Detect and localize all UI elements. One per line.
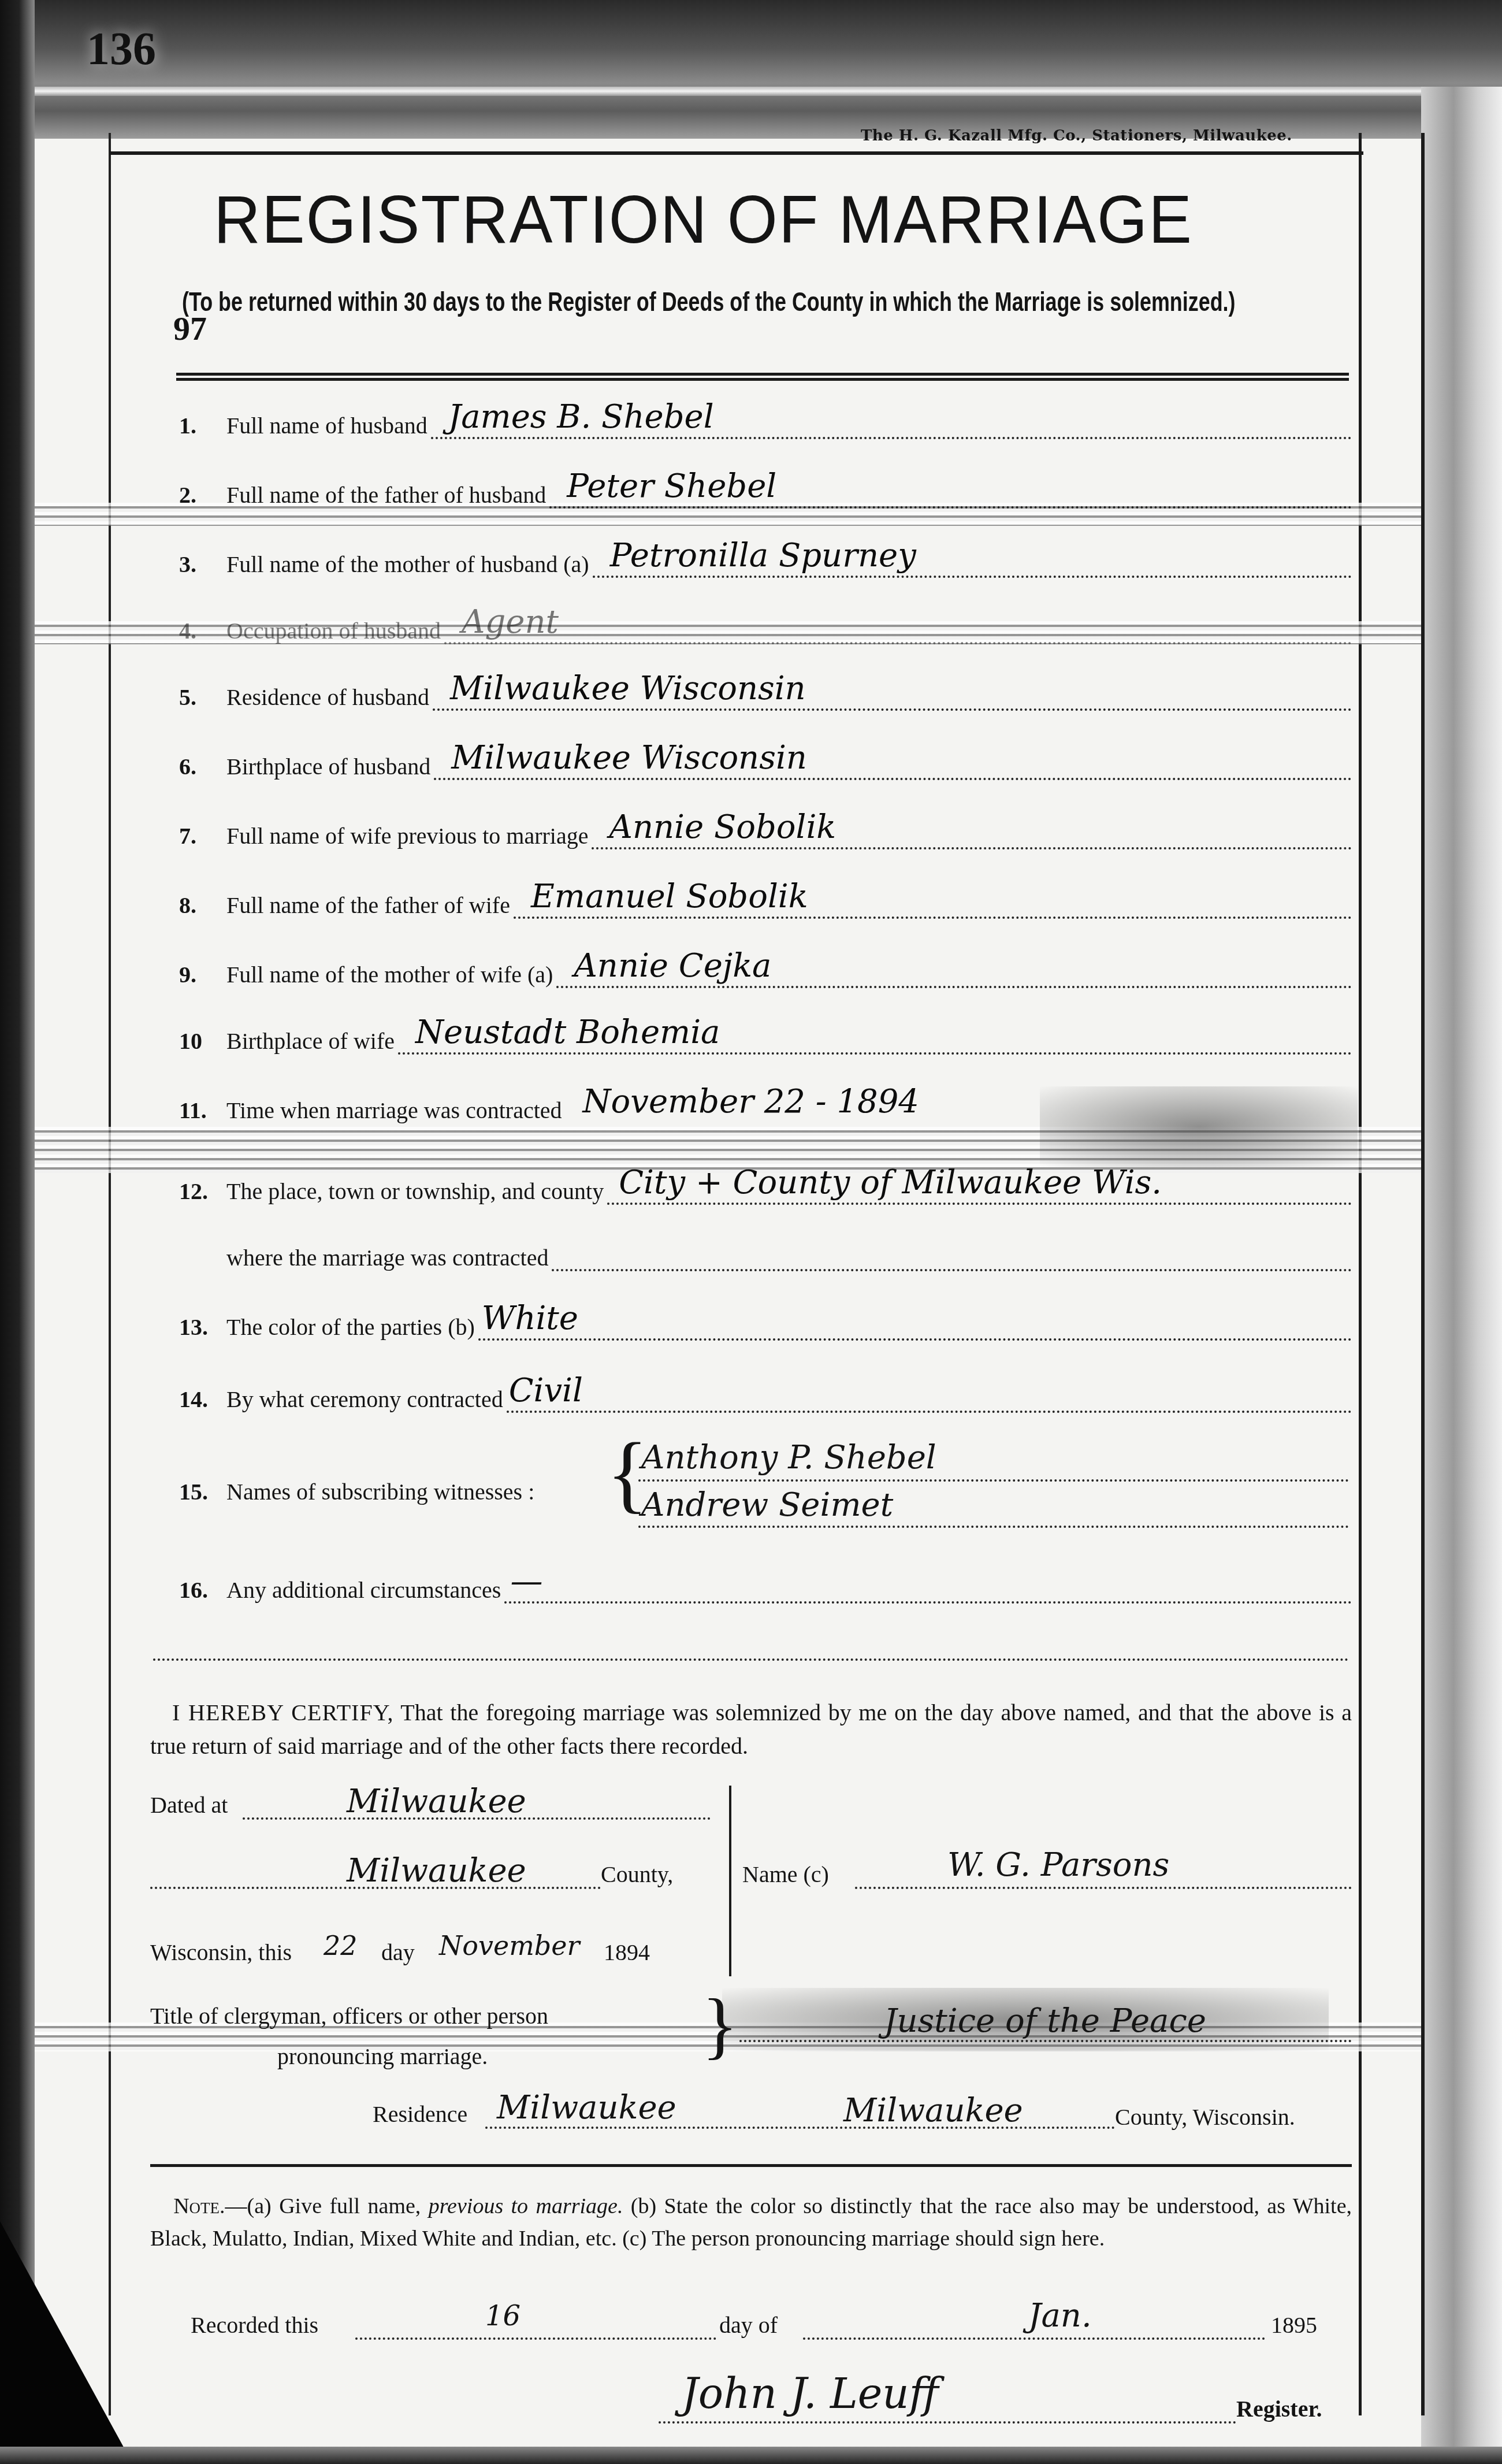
document-title: REGISTRATION OF MARRIAGE (214, 180, 1193, 258)
footnote: Note.—(a) Give full name, previous to ma… (150, 2190, 1352, 2255)
dated-at-label: Dated at (150, 1791, 228, 1819)
field-wife-birthplace: 10 Birthplace of wife Neustadt Bohemia (179, 1020, 1352, 1055)
field-color-parties: 13. The color of the parties (b) White (179, 1306, 1352, 1341)
left-border-rule (109, 133, 111, 2415)
title-label-line1: Title of clergyman, officers or other pe… (150, 2002, 548, 2029)
brace: } (702, 1988, 738, 2063)
field-husband-mother: 3. Full name of the mother of husband (a… (179, 543, 1352, 578)
field-wife-maiden-name: 7. Full name of wife previous to marriag… (179, 815, 1352, 849)
field-husband-birthplace: 6. Birthplace of husband Milwaukee Wisco… (179, 745, 1352, 780)
officiant-residence-county: Milwaukee (843, 2092, 1023, 2129)
page-number: 136 (87, 23, 156, 76)
field-ceremony: 14. By what ceremony contracted Civil (179, 1378, 1352, 1413)
field-wife-mother: 9. Full name of the mother of wife (a) A… (179, 953, 1352, 988)
year-value: 1894 (604, 1939, 650, 1966)
title-label-line2: pronouncing marriage. (277, 2043, 488, 2070)
field-husband-father: 2. Full name of the father of husband Pe… (179, 474, 1352, 509)
title-double-rule (176, 373, 1349, 381)
field-husband-occupation: 4. Occupation of husband Agent (179, 610, 1352, 644)
register-label: Register. (1236, 2395, 1322, 2422)
scan-top-band (0, 0, 1502, 139)
certification-text: I HEREBY CERTIFY, That the foregoing mar… (150, 1696, 1352, 1763)
officiant-name-value: W. G. Parsons (947, 1846, 1169, 1884)
right-scan-edge (1421, 87, 1502, 2464)
signature-divider (729, 1786, 731, 1976)
marriage-place-cont-field[interactable] (552, 1241, 1352, 1271)
note-divider (150, 2164, 1352, 2167)
document-subtitle: (To be returned within 30 days to the Re… (182, 286, 1235, 317)
officiant-name-field[interactable] (855, 1887, 1352, 1889)
husband-name-field[interactable]: James B. Shebel (431, 409, 1352, 439)
residence-suffix: County, Wisconsin. (1115, 2103, 1295, 2131)
officiant-residence-value: Milwaukee (497, 2089, 676, 2127)
day-label: day (381, 1939, 415, 1966)
additional-field[interactable]: — (504, 1574, 1352, 1604)
husband-birthplace-field[interactable]: Milwaukee Wisconsin (434, 750, 1352, 780)
husband-occupation-field[interactable]: Agent (444, 614, 1352, 644)
witnesses-label: 15.Names of subscribing witnesses : (179, 1478, 534, 1505)
wife-birthplace-field[interactable]: Neustadt Bohemia (398, 1025, 1352, 1055)
recorded-day-field[interactable] (355, 2337, 716, 2340)
ceremony-field[interactable]: Civil (507, 1383, 1352, 1413)
register-signature: John J. Leuff (682, 2369, 939, 2418)
witness-2-name: Andrew Seimet (641, 1486, 893, 1524)
wife-mother-field[interactable]: Annie Cejka (556, 958, 1352, 988)
field-husband-name: 1. Full name of husband James B. Shebel (179, 405, 1352, 439)
outer-border-rule (1421, 133, 1425, 2415)
field-marriage-place: 12. The place, town or township, and cou… (179, 1170, 1352, 1205)
right-border-rule (1359, 133, 1362, 2415)
field-marriage-place-cont: where the marriage was contracted (179, 1237, 1352, 1271)
month-value: November (439, 1930, 579, 1961)
witness-2-field[interactable] (638, 1526, 1349, 1528)
recorded-month-field[interactable] (803, 2337, 1265, 2340)
additional-line-2[interactable] (153, 1658, 1349, 1661)
officiant-title-field[interactable] (739, 2040, 1352, 2042)
husband-residence-field[interactable]: Milwaukee Wisconsin (433, 681, 1352, 711)
corner-shadow (0, 2221, 133, 2464)
header-rule (110, 151, 1363, 155)
color-parties-field[interactable]: White (478, 1311, 1352, 1341)
bottom-scan-edge (0, 2447, 1502, 2464)
field-additional: 16. Any additional circumstances — (179, 1569, 1352, 1604)
husband-father-field[interactable]: Peter Shebel (549, 478, 1352, 509)
file-number: 97 (173, 309, 207, 348)
residence-label: Residence (373, 2101, 467, 2128)
register-signature-field[interactable] (659, 2421, 1236, 2424)
officiant-title-value: Justice of the Peace (884, 2002, 1206, 2040)
recorded-month-value: Jan. (1028, 2297, 1092, 2335)
stationer-imprint: The H. G. Kazall Mfg. Co., Stationers, M… (861, 127, 1292, 144)
recorded-year-value: 1895 (1271, 2311, 1317, 2339)
day-of-label: day of (719, 2311, 778, 2339)
field-wife-father: 8. Full name of the father of wife Emanu… (179, 884, 1352, 919)
recorded-label: Recorded this (191, 2311, 318, 2339)
fold-crease (0, 87, 1502, 96)
wife-father-field[interactable]: Emanuel Sobolik (514, 889, 1352, 919)
field-husband-residence: 5. Residence of husband Milwaukee Wiscon… (179, 676, 1352, 711)
wisconsin-this-label: Wisconsin, this (150, 1939, 292, 1966)
marriage-place-field[interactable]: City + County of Milwaukee Wis. (607, 1175, 1352, 1205)
field-marriage-date: 11. Time when marriage was contracted No… (179, 1089, 1352, 1124)
county-label: County, (601, 1861, 673, 1888)
marriage-date-field[interactable]: November 22 - 1894 (566, 1094, 1352, 1124)
day-value: 22 (324, 1930, 358, 1961)
wife-maiden-name-field[interactable]: Annie Sobolik (592, 819, 1352, 849)
recorded-day-value: 16 (485, 2300, 521, 2332)
witness-1-field[interactable] (638, 1479, 1349, 1482)
left-scan-edge (0, 0, 35, 2464)
witness-1-name: Anthony P. Shebel (641, 1439, 936, 1476)
dated-at-value: Milwaukee (347, 1783, 526, 1820)
officiant-name-label: Name (c) (742, 1861, 829, 1888)
county-value: Milwaukee (347, 1852, 526, 1890)
husband-mother-field[interactable]: Petronilla Spurney (593, 548, 1352, 578)
